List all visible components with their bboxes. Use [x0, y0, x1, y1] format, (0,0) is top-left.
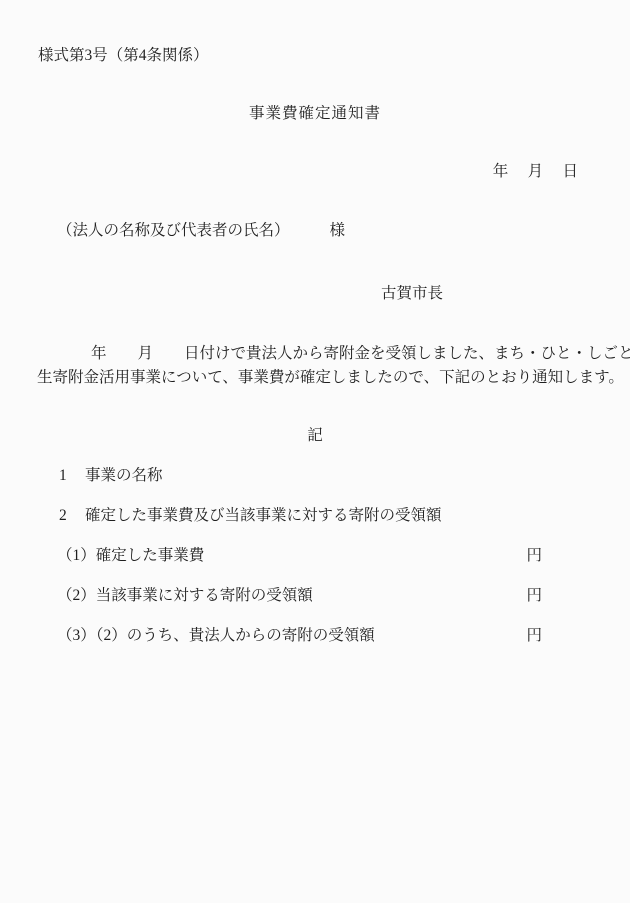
amount-row-label: （3）（2）のうち、貴法人からの寄附の受領額 [57, 626, 375, 646]
addressee-name-placeholder: （法人の名称及び代表者の氏名） [57, 222, 290, 239]
addressee-honorific: 様 [330, 222, 346, 239]
record-marker: 記 [0, 426, 630, 446]
document-title: 事業費確定通知書 [0, 104, 630, 124]
amount-unit-yen: 円 [526, 546, 542, 566]
item-number: 1 [59, 466, 85, 486]
amount-row-label: （1）確定した事業費 [57, 546, 204, 566]
amount-unit-yen: 円 [526, 626, 542, 646]
sender-title: 古賀市長 [381, 284, 443, 304]
addressee-line: （法人の名称及び代表者の氏名）様 [57, 221, 345, 241]
amount-row-confirmed-expense: （1）確定した事業費 円 [57, 546, 542, 566]
issue-date-line: 年 月 日 [493, 162, 578, 182]
form-number: 様式第3号（第4条関係） [38, 46, 209, 66]
item-confirmed-expense-and-donation: 2 確定した事業費及び当該事業に対する寄附の受領額 [59, 506, 442, 526]
body-paragraph-line-1: 年 月 日付けで貴法人から寄附金を受領しました、まち・ひと・しごと創 [91, 344, 630, 364]
document-page: 様式第3号（第4条関係） 事業費確定通知書 年 月 日 （法人の名称及び代表者の… [0, 0, 630, 903]
amount-row-donation-from-corporation: （3）（2）のうち、貴法人からの寄附の受領額 円 [57, 626, 542, 646]
amount-row-donation-received: （2）当該事業に対する寄附の受領額 円 [57, 586, 542, 606]
amount-unit-yen: 円 [526, 586, 542, 606]
item-label: 確定した事業費及び当該事業に対する寄附の受領額 [85, 506, 442, 526]
item-number: 2 [59, 506, 85, 526]
item-label: 事業の名称 [85, 466, 163, 486]
item-project-name: 1 事業の名称 [59, 466, 163, 486]
amount-row-label: （2）当該事業に対する寄附の受領額 [57, 586, 313, 606]
body-paragraph-line-2: 生寄附金活用事業について、事業費が確定しましたので、下記のとおり通知します。 [37, 368, 624, 388]
